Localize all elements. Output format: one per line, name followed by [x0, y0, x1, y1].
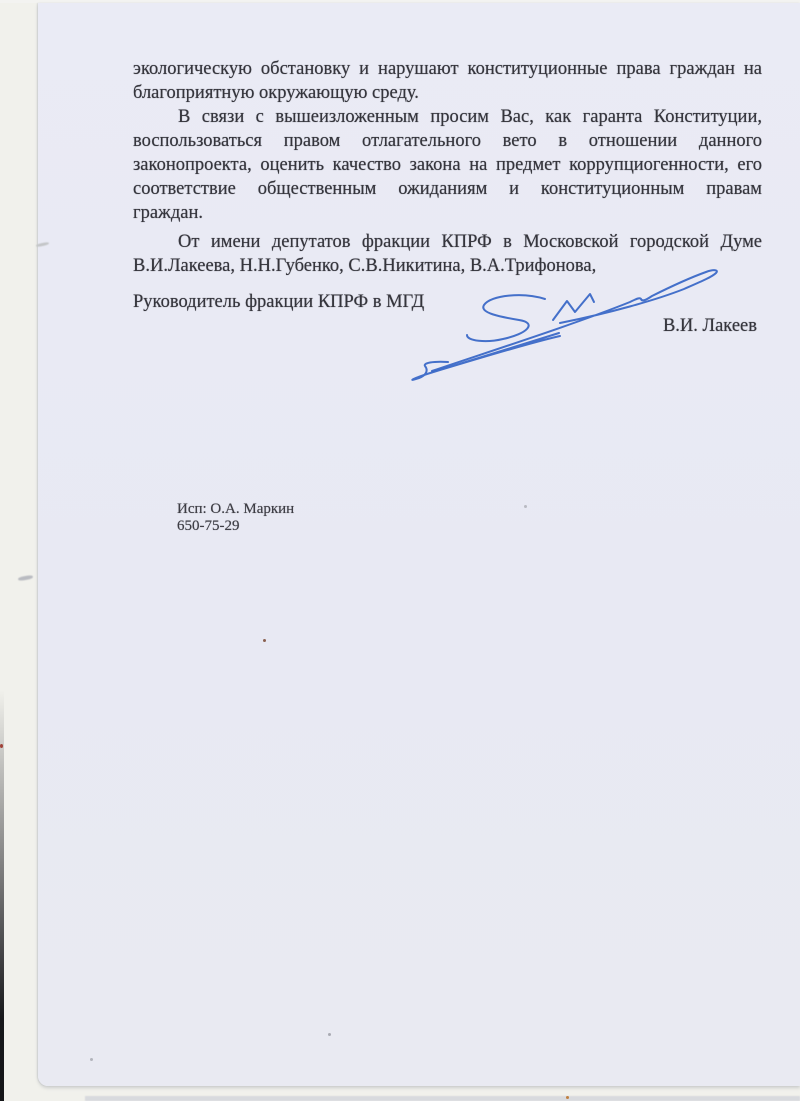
- scan-speck: [263, 639, 266, 642]
- closing-role-line: Руководитель фракции КПРФ в МГД: [133, 290, 762, 314]
- scan-bottom-shadow: [85, 1096, 800, 1101]
- scan-speck: [566, 1096, 569, 1099]
- executor-phone: 650-75-29: [177, 518, 294, 535]
- body-line: В связи с вышеизложенным просим Вас, как…: [133, 105, 762, 129]
- pencil-smudge: [18, 575, 33, 582]
- body-line: соответствие общественным ожиданиям и ко…: [133, 177, 762, 201]
- body-line: В.И.Лакеева, Н.Н.Губенко, С.В.Никитина, …: [133, 254, 762, 278]
- body-line: граждан.: [133, 201, 762, 225]
- body-line: воспользоваться правом отлагательного ве…: [133, 129, 762, 153]
- letter-body: экологическую обстановку и нарушают конс…: [133, 57, 762, 338]
- executor-line: Исп: О.А. Маркин: [177, 501, 294, 518]
- scan-speck: [0, 744, 3, 748]
- executor-block: Исп: О.А. Маркин 650-75-29: [177, 501, 294, 534]
- scan-left-edge: [0, 690, 4, 1101]
- scanned-letter-page: экологическую обстановку и нарушают конс…: [0, 0, 800, 1101]
- signer-name: В.И. Лакеев: [133, 314, 762, 338]
- scan-speck: [524, 505, 527, 508]
- body-line: экологическую обстановку и нарушают конс…: [133, 57, 762, 81]
- scan-speck: [328, 1033, 331, 1036]
- body-line: законопроекта, оценить качество закона н…: [133, 153, 762, 177]
- scan-speck: [90, 1058, 93, 1061]
- body-line: От имени депутатов фракции КПРФ в Москов…: [133, 230, 762, 254]
- body-line: благоприятную окружающую среду.: [133, 81, 762, 105]
